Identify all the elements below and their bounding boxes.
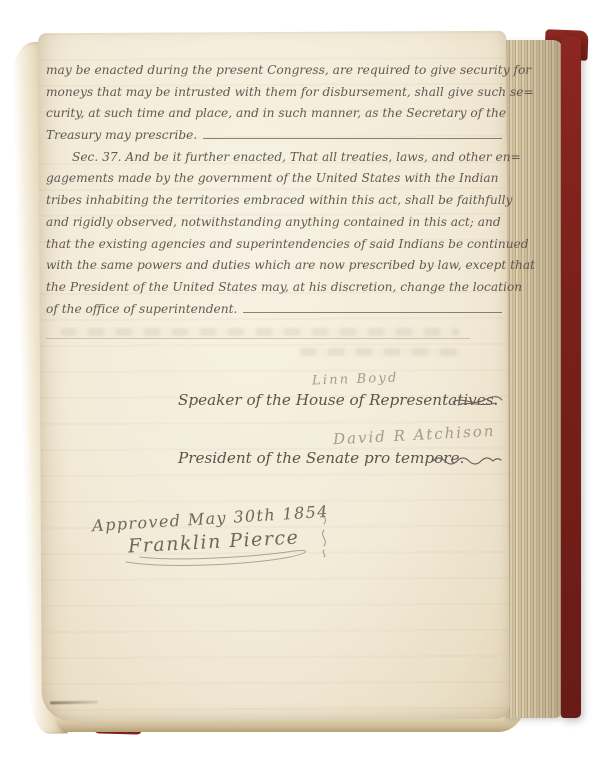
body-line: moneys that may be intrusted with them f…	[46, 82, 504, 104]
body-line: gagements made by the government of the …	[46, 168, 504, 190]
body-line: and rigidly observed, notwithstanding an…	[46, 212, 504, 234]
senate-president-signature: David R Atchison	[333, 422, 496, 448]
body-line: of the office of superintendent.	[46, 299, 504, 321]
body-line-text: with the same powers and duties which ar…	[46, 255, 535, 277]
body-line-text: moneys that may be intrusted with them f…	[46, 82, 534, 104]
paragraph-end-rule	[203, 138, 502, 139]
body-line: that the existing agencies and superinte…	[46, 234, 504, 256]
body-line-section-37: Sec. 37. And be it further enacted, That…	[46, 147, 504, 169]
verso-show-through-rule	[46, 338, 470, 339]
body-line: tribes inhabiting the territories embrac…	[46, 190, 504, 212]
body-line-text: of the office of superintendent.	[46, 299, 237, 321]
body-line: with the same powers and duties which ar…	[46, 255, 504, 277]
speaker-signature: Linn Boyd	[312, 370, 399, 388]
president-signature-flourish	[122, 548, 318, 570]
body-line: the President of the United States may, …	[46, 277, 504, 299]
body-line: curity, at such time and place, and in s…	[46, 103, 504, 125]
archival-mark	[50, 701, 98, 705]
speaker-flourish	[452, 393, 504, 409]
body-line-text: Treasury may prescribe.	[46, 125, 197, 147]
verso-show-through	[300, 348, 460, 356]
paragraph-end-rule	[243, 312, 502, 313]
body-line: Treasury may prescribe.	[46, 125, 504, 147]
body-line-text: the President of the United States may, …	[46, 277, 522, 299]
approval-margin-squiggle	[316, 506, 332, 558]
body-line-text: may be enacted during the present Congre…	[46, 60, 531, 82]
body-line-text: tribes inhabiting the territories embrac…	[46, 190, 512, 212]
photograph-of-bound-act: may be enacted during the present Congre…	[0, 0, 600, 776]
body-line-text: and rigidly observed, notwithstanding an…	[46, 212, 501, 234]
body-line-text: Sec. 37. And be it further enacted, That…	[72, 147, 521, 169]
body-line-text: that the existing agencies and superinte…	[46, 234, 529, 256]
senate-flourish	[432, 455, 508, 467]
body-line-text: gagements made by the government of the …	[46, 168, 499, 190]
verso-show-through	[60, 328, 460, 336]
body-paragraphs: may be enacted during the present Congre…	[46, 60, 504, 320]
body-line: may be enacted during the present Congre…	[46, 60, 504, 82]
speaker-title: Speaker of the House of Representatives.	[178, 391, 498, 409]
senate-president-title: President of the Senate pro tempore.	[178, 449, 464, 467]
manuscript-content: may be enacted during the present Congre…	[0, 0, 600, 776]
body-line-text: curity, at such time and place, and in s…	[46, 103, 506, 125]
